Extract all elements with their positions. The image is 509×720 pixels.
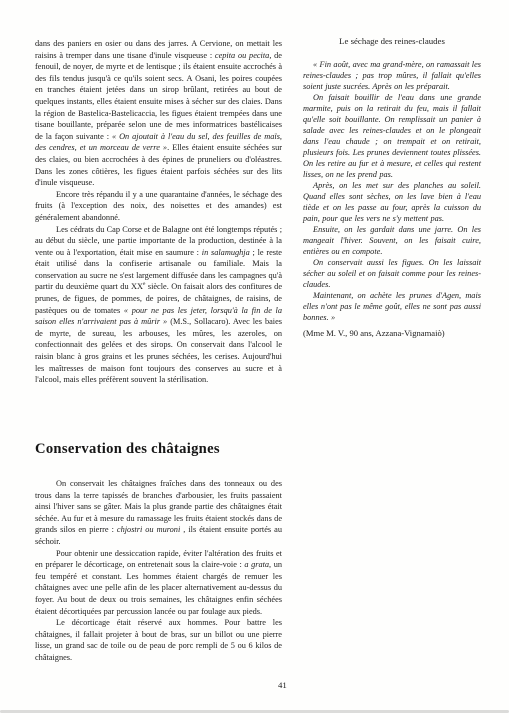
scanned-page: dans des paniers en osier ou dans des ja… [0, 0, 509, 720]
paragraph: On conservait aussi les figues. On les l… [303, 257, 481, 290]
text-run: Ensuite, on les gardait dans une jarre. … [303, 225, 481, 256]
text-run: « Fin août, avec ma grand-mère, on ramas… [303, 60, 481, 91]
sidebar-title: Le séchage des reines-claudes [303, 36, 481, 46]
text-run: Le décorticage était réservé aux hommes.… [35, 618, 282, 662]
paragraph: Ensuite, on les gardait dans une jarre. … [303, 224, 481, 257]
text-run: Encore très répandu il y a une quarantai… [35, 190, 282, 222]
text-run: chjostri ou muroni [117, 525, 180, 534]
paragraph: Encore très répandu il y a une quarantai… [35, 189, 282, 224]
text-run: (M.S., Sollacaro). Avec les baies de myr… [35, 317, 282, 384]
paragraph: Maintenant, on achète les prunes d'Agen,… [303, 290, 481, 323]
left-column-upper: dans des paniers en osier ou dans des ja… [35, 38, 282, 386]
sidebar-column: Le séchage des reines-claudes « Fin août… [303, 36, 481, 338]
page-number: 41 [278, 680, 287, 690]
text-run: On conservait aussi les figues. On les l… [303, 258, 481, 289]
text-run: Maintenant, on achète les prunes d'Agen,… [303, 291, 481, 322]
paragraph: Pour obtenir une dessiccation rapide, év… [35, 548, 282, 618]
text-run: in salamughja [202, 248, 250, 257]
left-column-lower: Conservation des châtaignes On conservai… [35, 441, 282, 664]
text-run: On faisait bouillir de l'eau dans une gr… [303, 93, 481, 179]
paragraph: Le décorticage était réservé aux hommes.… [35, 617, 282, 663]
paragraph: On faisait bouillir de l'eau dans une gr… [303, 92, 481, 180]
paragraph: Après, on les met sur des planches au so… [303, 180, 481, 224]
paragraph: dans des paniers en osier ou dans des ja… [35, 38, 282, 189]
paragraph: Les cédrats du Cap Corse et de Balagne o… [35, 224, 282, 386]
scan-bottom-edge [0, 710, 509, 713]
attribution: (Mme M. V., 90 ans, Azzana-Vignamaiò) [303, 328, 481, 338]
text-run: Après, on les met sur des planches au so… [303, 181, 481, 223]
sidebar-paragraphs: « Fin août, avec ma grand-mère, on ramas… [303, 59, 481, 323]
text-run: cepita ou pecita [215, 51, 269, 60]
text-run: a grata [244, 560, 269, 569]
paragraph: « Fin août, avec ma grand-mère, on ramas… [303, 59, 481, 92]
section-paragraphs: On conservait les châtaignes fraîches da… [35, 478, 282, 664]
text-run: , de fenouil, de noyer, de myrte et de l… [35, 51, 282, 141]
paragraph: On conservait les châtaignes fraîches da… [35, 478, 282, 548]
section-heading: Conservation des châtaignes [35, 441, 282, 458]
